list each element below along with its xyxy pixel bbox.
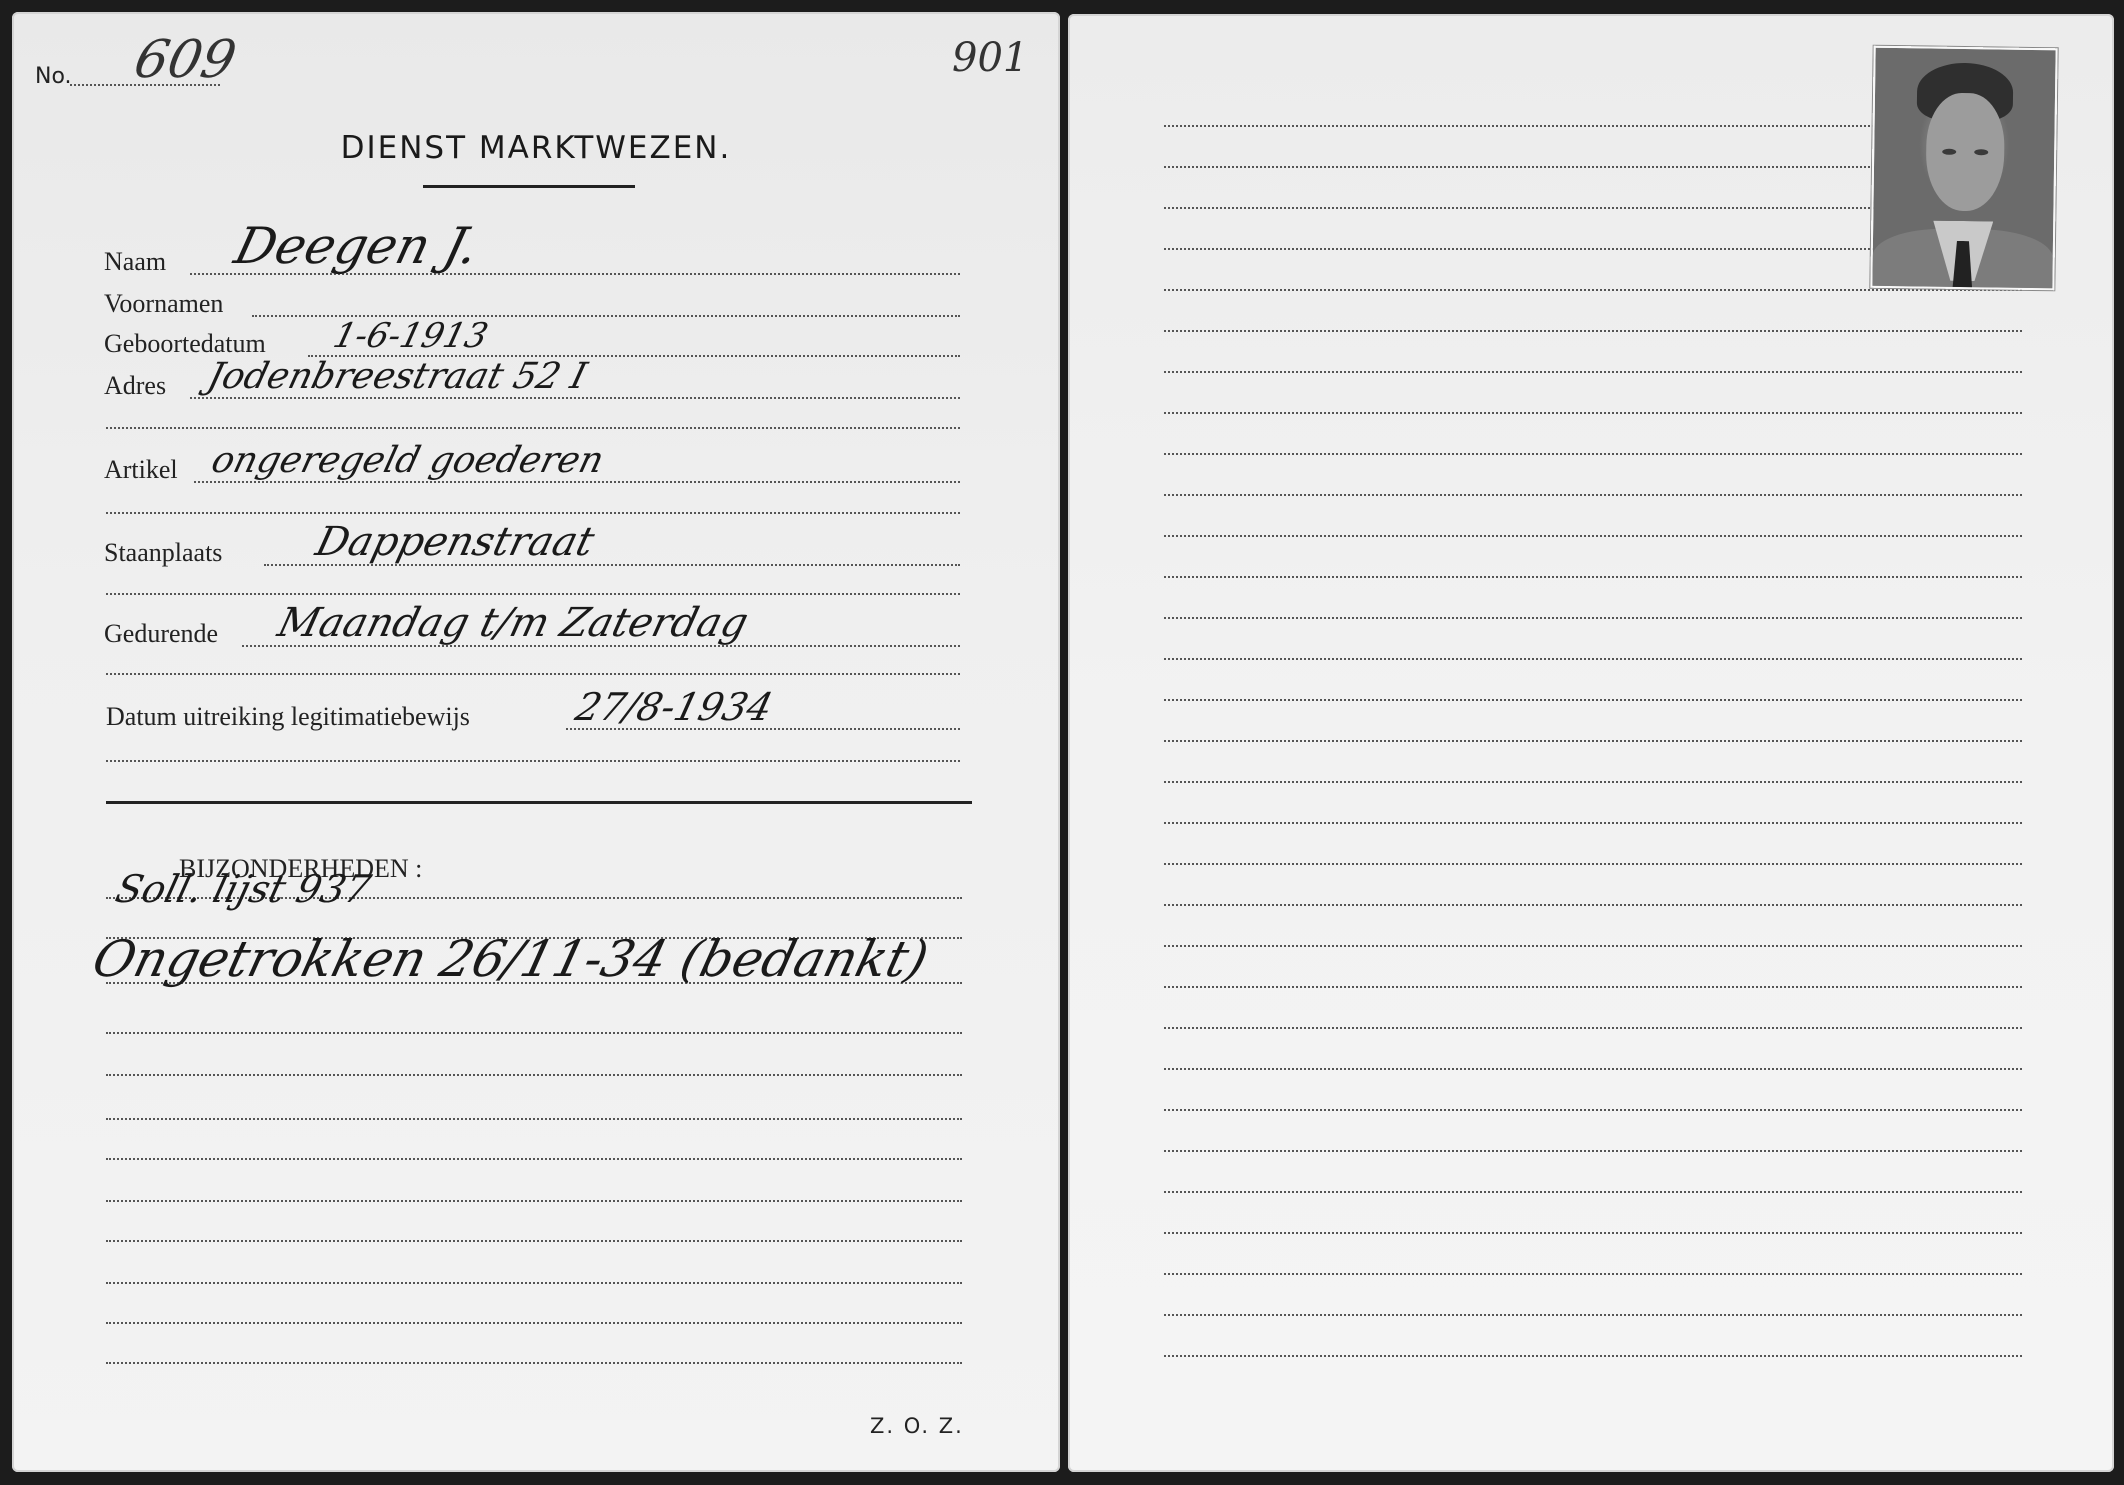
field-value-handwritten: Deegen J. [230,221,483,271]
ruled-dotted-line [1164,1314,2022,1316]
ruled-dotted-line [1164,740,2022,742]
field-value-handwritten: Maandag t/m Zaterdag [274,603,752,643]
ruled-dotted-line [1164,699,2022,701]
ruled-dotted-line [1164,453,2022,455]
turn-over-note: Z. O. Z. [870,1414,964,1438]
ruled-dotted-line [1164,207,1874,209]
field-label: Geboortedatum [104,331,266,357]
ruled-dotted-line [1164,125,1874,127]
ruled-dotted-line [1164,986,2022,988]
field-value-handwritten: ongeregeld goederen [208,443,607,479]
blank-dotted-line [106,673,960,675]
card-number-handwritten: 609 [130,34,240,86]
photo-eye [1974,149,1988,155]
remarks-dotted-line [106,1282,962,1284]
ruled-dotted-line [1164,1109,2022,1111]
blank-dotted-line [106,760,960,762]
ruled-dotted-line [1164,1232,2022,1234]
field-value-handwritten: Jodenbreestraat 52 I [204,359,590,395]
ruled-dotted-line [1164,371,2022,373]
remarks-dotted-line [106,1158,962,1160]
title-underline [423,185,635,188]
ruled-dotted-line [1164,1273,2022,1275]
ruled-dotted-line [1164,658,2022,660]
field-value-handwritten: 27/8-1934 [572,688,776,726]
remark-handwritten: Ongetrokken 26/11-34 (bedankt) [88,934,933,984]
ruled-dotted-line [1164,166,1874,168]
ruled-dotted-line [1164,945,2022,947]
registration-card-front: No. 609 901 DIENST MARKTWEZEN. NaamDeege… [12,12,1060,1472]
field-dotted-line [190,397,960,399]
ruled-dotted-line [1164,1150,2022,1152]
field-label: Artikel [104,457,178,483]
field-value-handwritten: Dappenstraat [312,522,598,562]
field-value-handwritten: 1-6-1913 [330,319,491,353]
ruled-dotted-line [1164,289,2022,291]
ruled-dotted-line [1164,863,2022,865]
corner-number-handwritten: 901 [952,38,1028,78]
blank-dotted-line [106,427,960,429]
ruled-dotted-line [1164,1355,2022,1357]
section-divider [106,801,972,804]
ruled-dotted-line [1164,576,2022,578]
remarks-dotted-line [106,1362,962,1364]
field-label: Adres [104,373,166,399]
field-label: Datum uitreiking legitimatiebewijs [106,704,470,730]
remarks-dotted-line [106,1074,962,1076]
ruled-dotted-line [1164,330,2022,332]
ruled-dotted-line [1164,1068,2022,1070]
remarks-dotted-line [106,1322,962,1324]
registration-card-back [1068,14,2114,1472]
field-label: Naam [104,249,166,275]
field-dotted-line [194,481,960,483]
number-label: No. [35,64,72,89]
form-title: DIENST MARKTWEZEN. [12,130,1060,166]
blank-dotted-line [106,512,960,514]
remarks-dotted-line [106,1240,962,1242]
ruled-dotted-line [1164,412,2022,414]
photo-face [1925,92,2005,211]
ruled-dotted-line [1164,904,2022,906]
ruled-dotted-line [1164,535,2022,537]
ruled-dotted-line [1164,494,2022,496]
field-label: Gedurende [104,621,218,647]
remarks-dotted-line [106,1118,962,1120]
remarks-dotted-line [106,1200,962,1202]
photo-eye [1942,149,1956,155]
ruled-dotted-line [1164,617,2022,619]
remark-handwritten: Soll. lijst 937 [112,870,374,908]
field-label: Staanplaats [104,540,222,566]
ruled-dotted-line [1164,822,2022,824]
field-label: Voornamen [104,291,223,317]
ruled-dotted-line [1164,1027,2022,1029]
portrait-photo [1870,46,2057,291]
remarks-dotted-line [106,1032,962,1034]
ruled-dotted-line [1164,248,1874,250]
ruled-dotted-line [1164,781,2022,783]
blank-dotted-line [106,593,960,595]
ruled-dotted-line [1164,1191,2022,1193]
